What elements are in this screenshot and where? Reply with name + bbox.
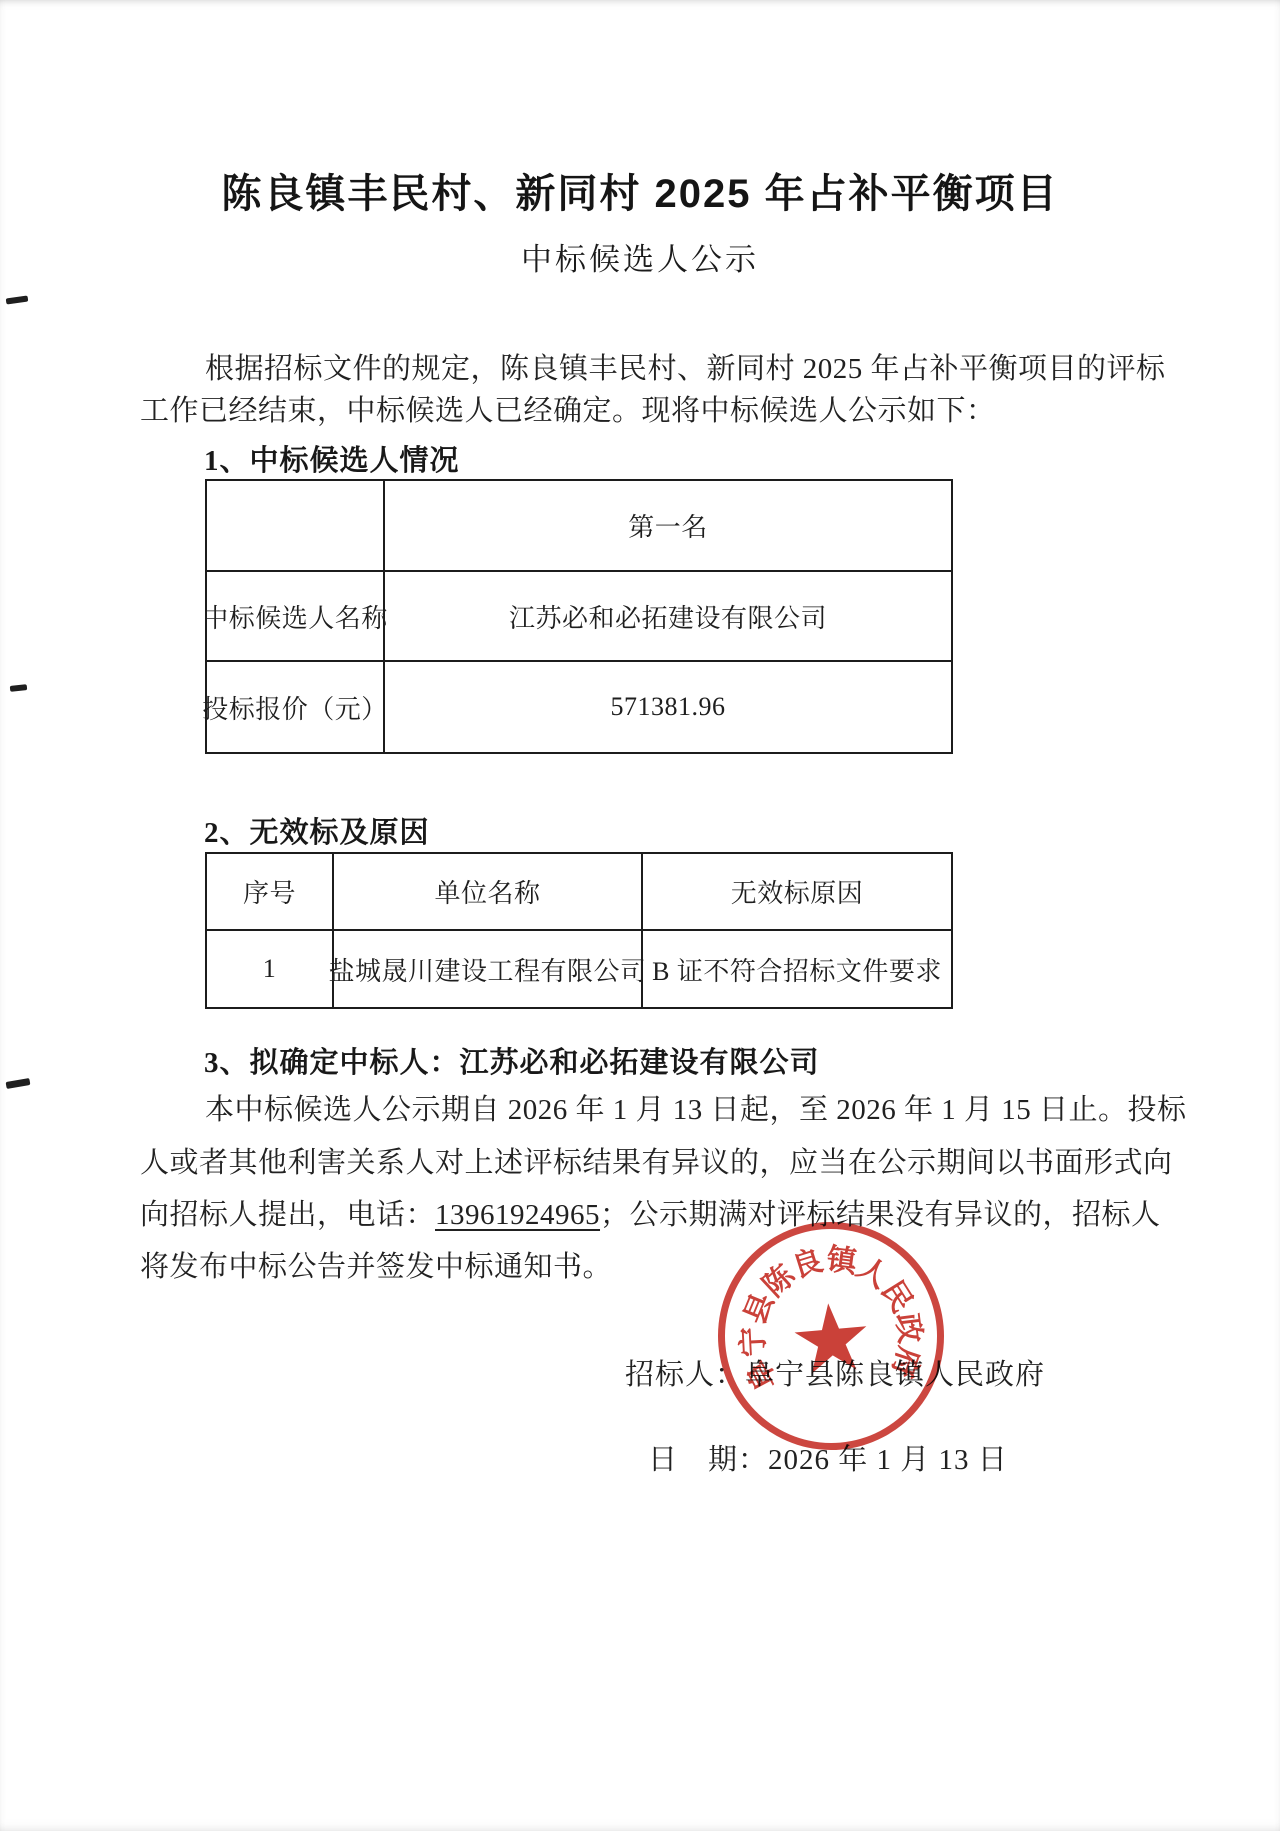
invalid-table-header-reason: 无效标原因	[643, 854, 951, 931]
bidder-signature-line: 招标人：阜宁县陈良镇人民政府	[625, 1352, 1045, 1393]
scan-artifact	[6, 295, 29, 304]
closing-line-4: 将发布中标公告并签发中标通知书。	[140, 1250, 612, 1284]
scan-artifact	[10, 684, 28, 692]
seal-text-char: 镇	[824, 1234, 860, 1282]
scan-artifact	[6, 1078, 31, 1089]
official-seal: ★ 阜宁县陈良镇人民政府	[708, 1213, 953, 1460]
invalid-table-header-seq: 序号	[207, 854, 334, 931]
section2-heading: 2、无效标及原因	[204, 810, 430, 851]
seal-text-char: 陈	[750, 1252, 802, 1305]
intro-line-2: 工作已经结束，中标候选人已经确定。现将中标候选人公示如下：	[140, 394, 996, 428]
invalid-row-company: 盐城晟川建设工程有限公司	[334, 931, 643, 1007]
invalid-table-header-company: 单位名称	[334, 854, 643, 931]
phone-number: 13961924965	[435, 1199, 600, 1231]
bid-price-label-cell: 投标报价（元）	[207, 662, 385, 752]
seal-text-char: 政	[888, 1310, 935, 1345]
seal-text-char: 良	[786, 1235, 828, 1286]
invalid-bid-table: 序号 单位名称 无效标原因 1 盐城晟川建设工程有限公司 B 证不符合招标文件要…	[205, 852, 953, 1009]
bid-price-value-cell: 571381.96	[385, 662, 951, 752]
closing-line-3: 向招标人提出，电话：13961924965；公示期满对评标结果没有异议的，招标人	[140, 1198, 1161, 1232]
section3-heading: 3、拟确定中标人：江苏必和必拓建设有限公司	[204, 1040, 820, 1081]
closing-line-1: 本中标候选人公示期自 2026 年 1 月 13 日起，至 2026 年 1 月…	[205, 1093, 1187, 1127]
invalid-row-seq: 1	[207, 931, 334, 1007]
seal-ring	[708, 1213, 953, 1460]
candidate-table-corner-cell	[207, 481, 385, 572]
document-title: 陈良镇丰民村、新同村 2025 年占补平衡项目	[0, 162, 1280, 219]
candidate-name-value-cell: 江苏必和必拓建设有限公司	[385, 572, 951, 662]
candidate-rank-header-cell: 第一名	[385, 481, 951, 572]
invalid-row-reason: B 证不符合招标文件要求	[643, 931, 951, 1007]
section1-heading: 1、中标候选人情况	[204, 438, 460, 479]
intro-line-1: 根据招标文件的规定，陈良镇丰民村、新同村 2025 年占补平衡项目的评标	[205, 352, 1166, 386]
date-line: 日 期：2026 年 1 月 13 日	[648, 1437, 1008, 1478]
winning-candidate-table: 第一名 中标候选人名称 江苏必和必拓建设有限公司 投标报价（元） 571381.…	[205, 479, 953, 754]
seal-text-char: 民	[873, 1270, 926, 1319]
closing-line-3-post: ；公示期满对评标结果没有异议的，招标人	[600, 1199, 1161, 1231]
seal-text-char: 人	[850, 1243, 899, 1296]
seal-text-char: 县	[730, 1285, 782, 1329]
document-subtitle: 中标候选人公示	[0, 234, 1280, 279]
scanned-notice-page: 陈良镇丰民村、新同村 2025 年占补平衡项目 中标候选人公示 根据招标文件的规…	[0, 0, 1280, 1831]
candidate-name-label-cell: 中标候选人名称	[207, 572, 385, 662]
closing-line-3-pre: 向招标人提出，电话：	[140, 1199, 435, 1231]
closing-line-2: 人或者其他利害关系人对上述评标结果有异议的，应当在公示期间以书面形式向	[140, 1146, 1173, 1180]
